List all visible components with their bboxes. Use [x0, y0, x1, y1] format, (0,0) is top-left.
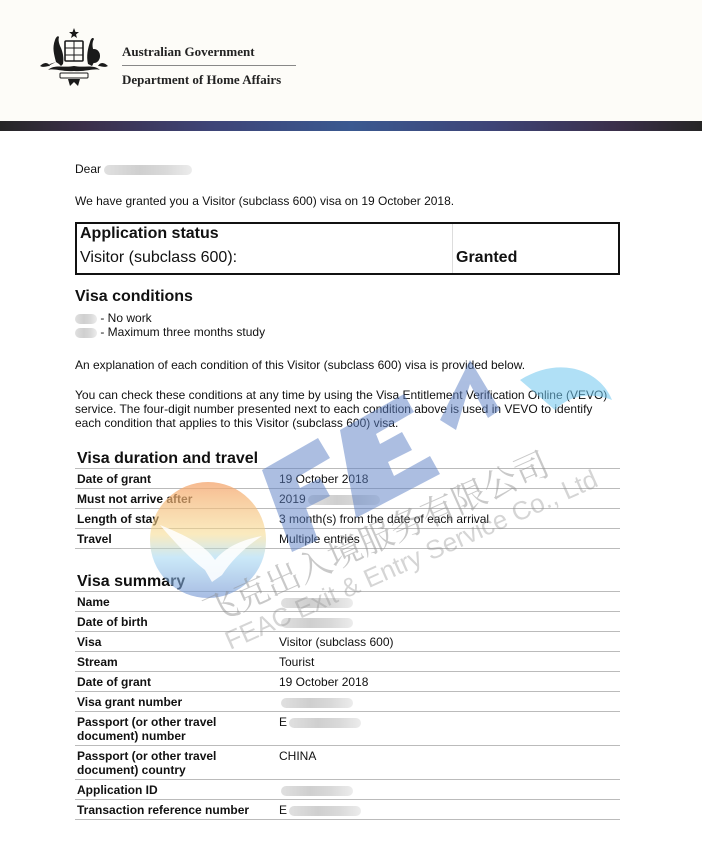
table-row: Length of stay3 month(s) from the date o…: [75, 509, 620, 529]
row-value-text: E: [279, 715, 287, 729]
visa-duration-table: Date of grant19 October 2018Must not arr…: [75, 468, 620, 549]
table-row: TravelMultiple entries: [75, 529, 620, 549]
row-value: [277, 612, 620, 632]
row-label: Application ID: [75, 780, 277, 800]
salutation: Dear: [75, 162, 192, 176]
table-row: Name: [75, 592, 620, 612]
row-label: Must not arrive after: [75, 489, 277, 509]
row-label: Visa: [75, 632, 277, 652]
redacted-value: [281, 698, 353, 708]
application-status-label: Visitor (subclass 600):: [80, 251, 237, 265]
row-value-text: 2019: [279, 492, 306, 506]
table-row: Transaction reference numberE: [75, 800, 620, 820]
vevo-paragraph: You can check these conditions at any ti…: [75, 388, 620, 430]
row-value: [277, 592, 620, 612]
row-value: Visitor (subclass 600): [277, 632, 620, 652]
visa-conditions-list: - No work - Maximum three months study: [75, 311, 265, 339]
table-row: Must not arrive after2019: [75, 489, 620, 509]
row-label: Stream: [75, 652, 277, 672]
redacted-condition-code: [75, 314, 97, 324]
row-value: Tourist: [277, 652, 620, 672]
row-value: 3 month(s) from the date of each arrival: [277, 509, 620, 529]
row-label: Length of stay: [75, 509, 277, 529]
row-label: Date of grant: [75, 672, 277, 692]
table-row: Date of grant19 October 2018: [75, 469, 620, 489]
row-value: CHINA: [277, 746, 620, 780]
table-row: StreamTourist: [75, 652, 620, 672]
application-status-box: Application status Visitor (subclass 600…: [75, 222, 620, 275]
org-line-2: Department of Home Affairs: [122, 72, 296, 88]
row-value: E: [277, 712, 620, 746]
table-row: Passport (or other travel document) numb…: [75, 712, 620, 746]
redacted-value: [281, 786, 353, 796]
visa-conditions-heading: Visa conditions: [75, 290, 193, 304]
status-divider: [452, 224, 453, 273]
condition-item: - No work: [75, 311, 265, 325]
row-value: [277, 780, 620, 800]
row-value: Multiple entries: [277, 529, 620, 549]
application-status-value: Granted: [456, 251, 517, 265]
redacted-recipient-name: [104, 165, 192, 175]
row-label: Transaction reference number: [75, 800, 277, 820]
row-label: Name: [75, 592, 277, 612]
salutation-text: Dear: [75, 162, 101, 176]
application-status-title: Application status: [80, 227, 219, 241]
redacted-value: [308, 495, 380, 505]
visa-duration-heading: Visa duration and travel: [77, 450, 620, 468]
department-name: Australian Government Department of Home…: [122, 44, 296, 88]
row-value: 2019: [277, 489, 620, 509]
header-band: [0, 121, 702, 131]
org-line-1: Australian Government: [122, 44, 296, 60]
row-value: 19 October 2018: [277, 469, 620, 489]
condition-item: - Maximum three months study: [75, 325, 265, 339]
condition-text: - Maximum three months study: [100, 325, 265, 339]
visa-summary-heading: Visa summary: [77, 573, 620, 591]
visa-summary-section: Visa summary NameDate of birthVisaVisito…: [75, 573, 620, 820]
redacted-value: [289, 806, 361, 816]
redacted-value: [289, 718, 361, 728]
row-value-text: E: [279, 803, 287, 817]
redacted-value: [281, 618, 353, 628]
row-value: [277, 692, 620, 712]
table-row: Passport (or other travel document) coun…: [75, 746, 620, 780]
visa-duration-section: Visa duration and travel Date of grant19…: [75, 450, 620, 549]
row-label: Travel: [75, 529, 277, 549]
redacted-value: [281, 598, 353, 608]
coat-of-arms-icon: [34, 26, 114, 88]
table-row: Date of birth: [75, 612, 620, 632]
redacted-condition-code: [75, 328, 97, 338]
conditions-explanation: An explanation of each condition of this…: [75, 358, 525, 372]
letterhead: Australian Government Department of Home…: [0, 0, 702, 121]
table-row: VisaVisitor (subclass 600): [75, 632, 620, 652]
table-row: Application ID: [75, 780, 620, 800]
row-label: Passport (or other travel document) numb…: [75, 712, 277, 746]
table-row: Visa grant number: [75, 692, 620, 712]
grant-sentence: We have granted you a Visitor (subclass …: [75, 194, 454, 208]
row-value: E: [277, 800, 620, 820]
row-value: 19 October 2018: [277, 672, 620, 692]
table-row: Date of grant19 October 2018: [75, 672, 620, 692]
condition-text: - No work: [100, 311, 151, 325]
row-label: Passport (or other travel document) coun…: [75, 746, 277, 780]
visa-summary-table: NameDate of birthVisaVisitor (subclass 6…: [75, 591, 620, 820]
row-label: Visa grant number: [75, 692, 277, 712]
row-label: Date of birth: [75, 612, 277, 632]
org-divider: [122, 65, 296, 66]
row-label: Date of grant: [75, 469, 277, 489]
